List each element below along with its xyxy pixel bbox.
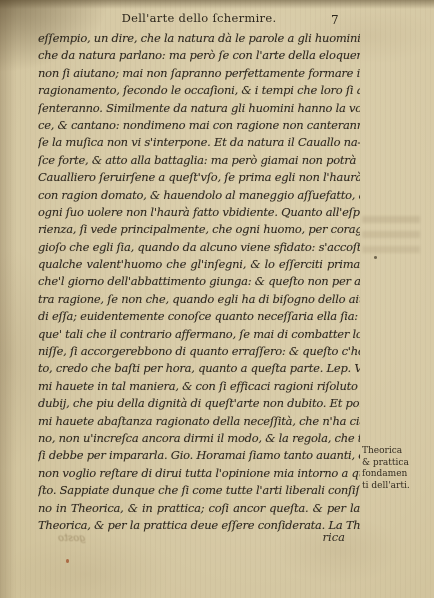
text-line: no in Theorica, & in prattica; coſi anco… bbox=[38, 500, 360, 517]
ink-show-through-text: gosto bbox=[58, 533, 86, 544]
text-line: mi hauete in tal maniera, & con ſi effic… bbox=[38, 378, 360, 395]
text-line: ſi debbe per impararla. Gio. Horamai ſia… bbox=[38, 447, 360, 464]
text-line: ragionamento, ſecondo le occaſioni, & i … bbox=[38, 82, 360, 99]
margin-note: Theorica & prattica fondamen ti dell'art… bbox=[362, 446, 426, 492]
text-line: niſſe, ſi accorgerebbono di quanto erraſ… bbox=[38, 343, 360, 360]
book-page: Dell'arte dello ſchermire. 7 eſſempio, u… bbox=[0, 0, 434, 598]
text-line: gioſo che egli ſia, quando da alcuno vie… bbox=[38, 239, 360, 256]
text-line: non voglio reſtare di dirui tutta l'opin… bbox=[38, 465, 360, 482]
text-line: ogni ſuo uolere non l'haurà fatto vbidie… bbox=[38, 204, 360, 221]
margin-note-line: ti dell'arti. bbox=[362, 481, 426, 493]
text-line: tra ragione, ſe non che, quando egli ha … bbox=[38, 291, 360, 308]
page-number: 7 bbox=[331, 13, 339, 27]
text-line: to, credo che baſti per hora, quanto a q… bbox=[38, 360, 360, 377]
text-line: eſſempio, un dire, che la natura dà le p… bbox=[38, 30, 360, 47]
text-line: ce, & cantano: nondimeno mai con ragione… bbox=[38, 117, 360, 134]
text-line: ſce forte, & atto alla battaglia: ma per… bbox=[38, 152, 360, 169]
margin-note-line: Theorica bbox=[362, 446, 426, 458]
text-line: no, non u'increſca ancora dirmi il modo,… bbox=[38, 430, 360, 447]
text-line: con ragion domato, & hauendolo al manegg… bbox=[38, 187, 360, 204]
text-line: dubij, che piu della dignità di queſt'ar… bbox=[38, 395, 360, 412]
text-line: di eſſa; euidentemente conoſce quanto ne… bbox=[38, 308, 360, 325]
body-text-block: eſſempio, un dire, che la natura dà le p… bbox=[38, 30, 360, 534]
margin-note-line: & prattica bbox=[362, 458, 426, 470]
text-line: non ſi aiutano; mai non ſapranno perfett… bbox=[38, 65, 360, 82]
ink-dot bbox=[374, 256, 377, 259]
text-line: che'l giorno dell'abbattimento giunga: &… bbox=[38, 273, 360, 290]
paper-speck bbox=[66, 559, 69, 563]
text-line: rienza, ſi vede principalmente, che ogni… bbox=[38, 221, 360, 238]
text-line: ſto. Sappiate dunque che ſi come tutte l… bbox=[38, 482, 360, 499]
text-line: ſe la muſica non vi s'interpone. Et da n… bbox=[38, 134, 360, 151]
running-header: Dell'arte dello ſchermire. bbox=[38, 11, 360, 25]
margin-note-line: fondamen bbox=[362, 469, 426, 481]
ink-show-through-smudge bbox=[362, 216, 420, 264]
text-line: ſenteranno. Similmente da natura gli huo… bbox=[38, 100, 360, 117]
text-line: Caualliero ſeruirſene a queſt'vſo, ſe pr… bbox=[38, 169, 360, 186]
text-line: que' tali che il contrario affermano, ſe… bbox=[38, 326, 360, 343]
text-line: mi hauete abaſtanza ragionato della nece… bbox=[38, 413, 360, 430]
text-line: che da natura parlano: ma però ſe con l'… bbox=[38, 47, 360, 64]
text-line: qualche valent'huomo che gl'inſegni, & l… bbox=[38, 256, 360, 273]
